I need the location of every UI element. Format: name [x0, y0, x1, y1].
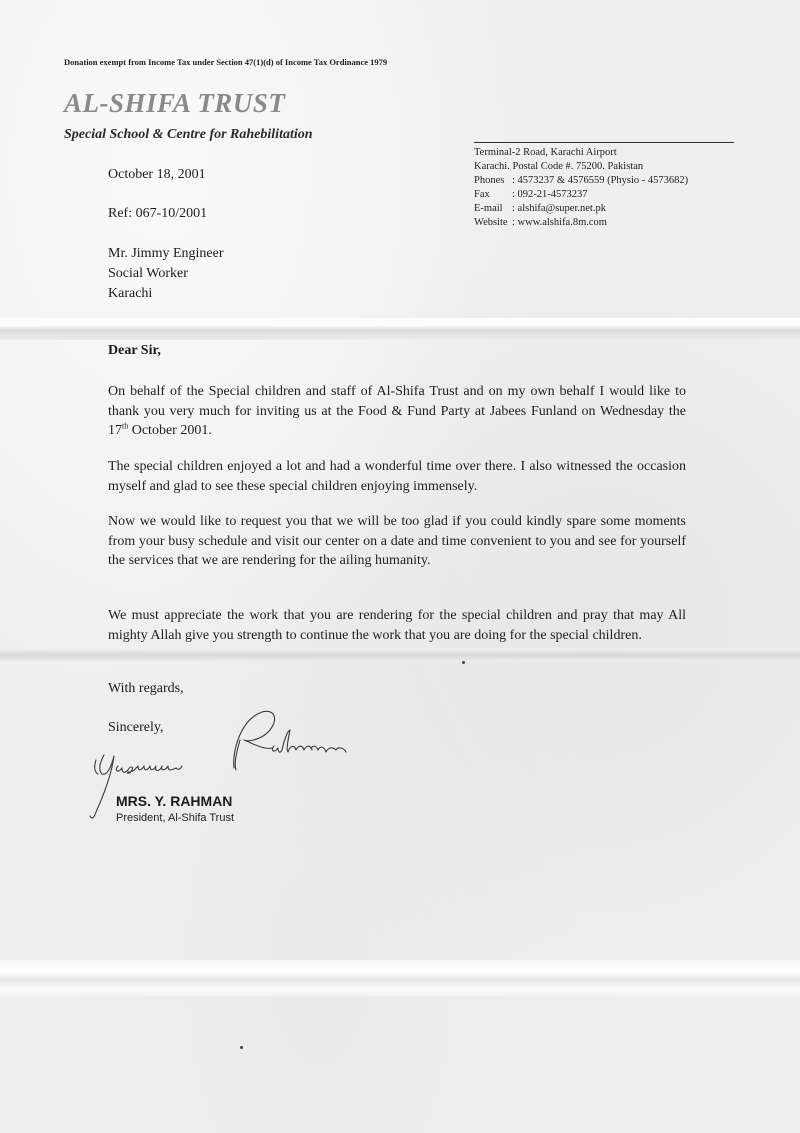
body-paragraph: We must appreciate the work that you are… [108, 606, 686, 645]
paper-fold-line [0, 318, 800, 340]
email-row: E-mail: alshifa@super.net.pk [474, 202, 688, 216]
organization-logo-text: AL-SHIFA TRUST [64, 88, 285, 119]
letter-date: October 18, 2001 [108, 167, 206, 183]
signer-name: MRS. Y. RAHMAN [116, 793, 232, 809]
fax-value: : 092-21-4573237 [512, 189, 588, 200]
address-line: Karachi. Postal Code #. 75200. Pakistan [474, 160, 688, 174]
address-line: Terminal-2 Road, Karachi Airport [474, 146, 688, 160]
letter-paper: Donation exempt from Income Tax under Se… [0, 0, 800, 1133]
phones-label: Phones [474, 174, 512, 188]
email-value: : alshifa@super.net.pk [512, 203, 606, 214]
signer-title: President, Al-Shifa Trust [116, 812, 234, 824]
email-label: E-mail [474, 202, 512, 216]
phones-value: : 4573237 & 4576559 (Physio - 4573682) [512, 175, 688, 186]
recipient-block: Mr. Jimmy Engineer Social Worker Karachi [108, 244, 224, 304]
organization-tagline: Special School & Centre for Rahebilitati… [64, 127, 313, 143]
address-block: Terminal-2 Road, Karachi Airport Karachi… [474, 146, 688, 230]
recipient-title: Social Worker [108, 264, 224, 284]
paper-fold-line [0, 648, 800, 662]
tax-exemption-note: Donation exempt from Income Tax under Se… [64, 57, 387, 67]
paragraph-text: October 2001. [128, 423, 212, 438]
website-value: : www.alshifa.8m.com [512, 217, 607, 228]
reference-number: Ref: 067-10/2001 [108, 206, 207, 222]
website-row: Website: www.alshifa.8m.com [474, 216, 688, 230]
recipient-city: Karachi [108, 284, 224, 304]
paper-speck [462, 661, 465, 664]
body-paragraph: Now we would like to request you that we… [108, 512, 686, 571]
paper-speck [240, 1046, 243, 1049]
closing-regards: With regards, [108, 681, 184, 697]
salutation: Dear Sir, [108, 343, 161, 359]
recipient-name: Mr. Jimmy Engineer [108, 244, 224, 264]
body-paragraph: On behalf of the Special children and st… [108, 382, 686, 441]
body-paragraph: The special children enjoyed a lot and h… [108, 457, 686, 496]
address-divider [474, 142, 734, 143]
fax-row: Fax: 092-21-4573237 [474, 188, 688, 202]
fax-label: Fax [474, 188, 512, 202]
paper-fold-line [0, 960, 800, 996]
phones-row: Phones: 4573237 & 4576559 (Physio - 4573… [474, 174, 688, 188]
website-label: Website [474, 216, 512, 230]
